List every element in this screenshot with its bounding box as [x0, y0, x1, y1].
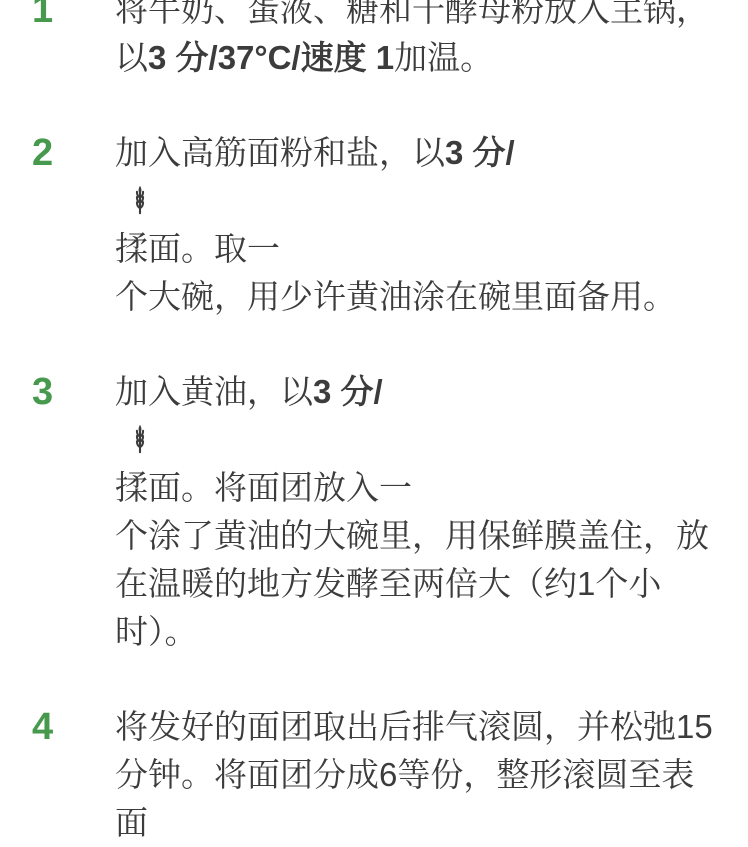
instruction-text: 揉面。将面团放入一 个涂了黄油的大碗里，用保鲜膜盖住，放 在温暖的地方发酵至两倍… — [115, 469, 709, 600]
recipe-step: 1 将牛奶、蛋液、糖和干酵母粉放入主锅， 以3 分/37°C/速度 1加温。 — [0, 0, 748, 82]
dough-mode-icon — [133, 186, 147, 216]
step-number: 2 — [0, 129, 115, 321]
step-instruction: 加入高筋面粉和盐，以3 分/ 揉面。取一 个大碗，用少许黄油涂在碗里面备用。 — [115, 129, 748, 321]
step-instruction: 将牛奶、蛋液、糖和干酵母粉放入主锅， 以3 分/37°C/速度 1加温。 — [115, 0, 748, 82]
recipe-step: 3 加入黄油，以3 分/ 揉面。将面团放入一 个涂了黄油的大碗里，用保鲜膜盖住，… — [0, 368, 748, 600]
step-instruction: 加入黄油，以3 分/ 揉面。将面团放入一 个涂了黄油的大碗里，用保鲜膜盖住，放 … — [115, 368, 748, 600]
instruction-setting-text: 3 分/ — [445, 134, 515, 171]
instruction-text: 加入黄油，以 — [115, 373, 313, 410]
instruction-text: 揉面。取一 个大碗，用少许黄油涂在碗里面备用。 — [115, 230, 676, 315]
instruction-setting-text: 3 分/ — [313, 373, 383, 410]
recipe-steps-list: 1 将牛奶、蛋液、糖和干酵母粉放入主锅， 以3 分/37°C/速度 1加温。 2… — [0, 0, 748, 600]
instruction-text: 加温。 — [394, 39, 493, 76]
recipe-step: 2 加入高筋面粉和盐，以3 分/ 揉面。取一 个大碗，用少许黄油涂在碗里面备用。 — [0, 129, 748, 321]
step-number: 3 — [0, 368, 115, 600]
instruction-setting-text: 3 分/37°C/速度 1 — [148, 39, 394, 76]
instruction-text: 加入高筋面粉和盐，以 — [115, 134, 445, 171]
step-number: 1 — [0, 0, 115, 82]
dough-mode-icon — [133, 425, 147, 455]
